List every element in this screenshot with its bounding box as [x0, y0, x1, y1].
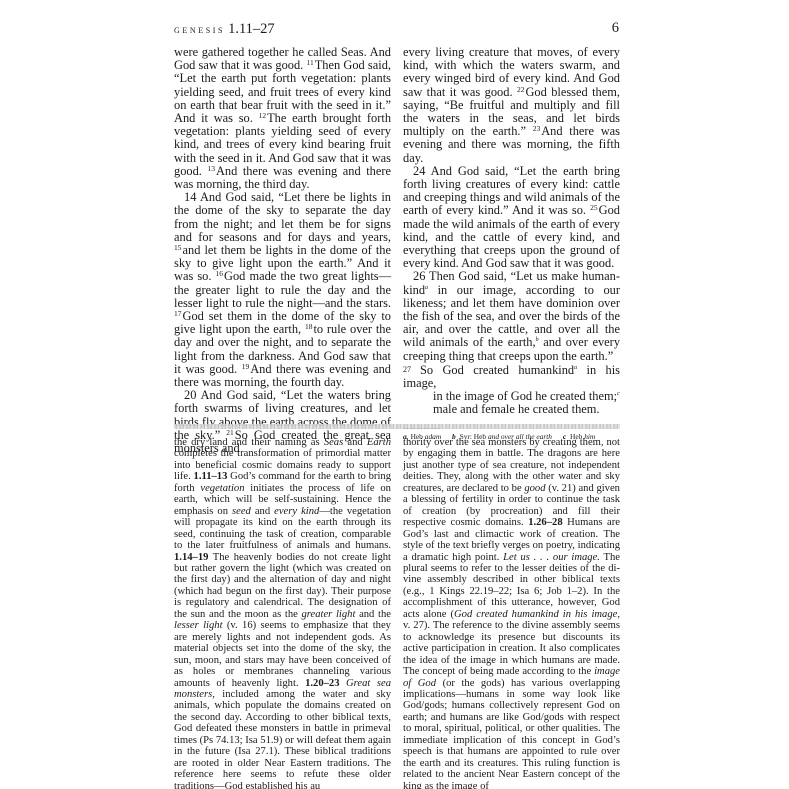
verse-number: 18 [305, 322, 313, 331]
text: So God created humankind [420, 363, 574, 377]
scripture-paragraph: every living creature that moves, of eve… [403, 46, 620, 165]
verse-number: 13 [207, 164, 215, 173]
note-reference: 1.11–13 [194, 471, 228, 482]
scripture-paragraph: 24 And God said, “Let the earth bring fo… [403, 165, 620, 271]
verse-number: 17 [174, 309, 182, 318]
section-divider-band [174, 424, 620, 429]
poetry-verse: 27So God created humankinda in his image… [403, 363, 620, 417]
note-reference: 1.26–28 [528, 517, 562, 528]
verse-number: 25 [590, 203, 598, 212]
verse-number: 11 [306, 58, 313, 67]
commentary-right-column: thority over the sea monsters by creatin… [403, 437, 620, 789]
page-number: 6 [612, 20, 619, 37]
text: male and female he created them. [433, 402, 600, 416]
verse-number: 16 [216, 269, 224, 278]
verse-number: 27 [403, 363, 420, 376]
poetry-line: 27So God created humankinda in his image… [403, 363, 620, 390]
verse-number: 12 [259, 111, 267, 120]
scripture-paragraph: 14 And God said, “Let there be lights in… [174, 191, 391, 389]
note-reference: 1.14–19 [174, 552, 208, 563]
verse-number: 15 [174, 243, 182, 252]
scripture-paragraph: were gathered together he called Seas. A… [174, 46, 391, 191]
scripture-paragraph: 26 Then God said, “Let us make human­kin… [403, 270, 620, 362]
scripture-right-column: every living creature that moves, of eve… [403, 46, 620, 442]
text: 24 And God said, “Let the earth bring fo… [403, 164, 620, 218]
note-reference: 1.20–23 [305, 678, 339, 689]
footnote-marker[interactable]: c [617, 391, 620, 397]
verse-number: 23 [533, 124, 541, 133]
chapter-verse-range: 1.11–27 [228, 21, 275, 37]
text: in the image of God he created them; [433, 389, 617, 403]
book-page: Genesis1.11–27 6 were gathered together … [174, 0, 620, 789]
text: 14 And God said, “Let there be lights in… [174, 190, 391, 244]
verse-number: 22 [517, 85, 525, 94]
scripture-left-column: were gathered together he called Seas. A… [174, 46, 391, 455]
verse-number: 21 [226, 428, 234, 437]
commentary-left-column: the dry land and their naming as Seas an… [174, 437, 391, 789]
verse-number: 19 [242, 362, 250, 371]
book-title: Genesis [174, 24, 225, 36]
poetry-line: male and female he created them. [403, 403, 620, 416]
running-head: Genesis1.11–27 6 [174, 20, 620, 40]
scripture-text: were gathered together he called Seas. A… [174, 46, 620, 416]
